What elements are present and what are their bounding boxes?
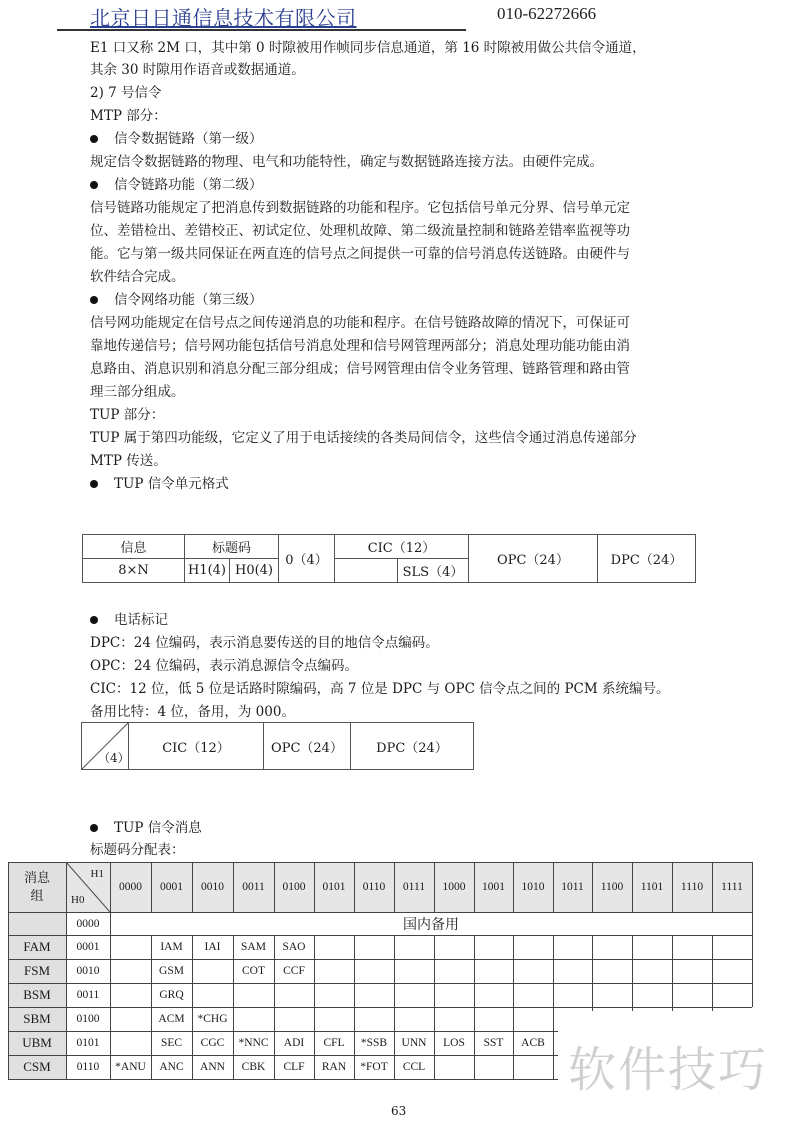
message-code-cell: SST xyxy=(474,1031,513,1055)
group-header-cell: 消息组 xyxy=(8,862,66,912)
message-code-cell: *ANU xyxy=(110,1055,151,1079)
grid-line xyxy=(233,862,234,912)
grid-line xyxy=(553,862,554,912)
paragraph-line: 息路由、消息识别和消息分配三部分组成；信号网管理由信令业务管理、链路管理和路由管 xyxy=(90,359,630,379)
info-header: 信息 xyxy=(83,535,185,559)
grid-line xyxy=(192,935,193,1079)
paragraph-line: DPC：24 位编码，表示消息要传送的目的地信令点编码。 xyxy=(90,633,439,653)
phone-number: 010-62272666 xyxy=(497,4,596,24)
bullet-item: 信令网络功能（第三级） xyxy=(90,290,263,310)
bullet-item: TUP 信令单元格式 xyxy=(90,474,229,494)
h0-code-cell: 0011 xyxy=(66,983,110,1007)
grid-line xyxy=(632,862,633,912)
h0-code-cell: 0000 xyxy=(66,912,110,935)
grid-line xyxy=(8,959,752,960)
grid-line xyxy=(314,935,315,1079)
section-heading: 2) 7 号信令 xyxy=(90,83,162,103)
message-code-cell: LOS xyxy=(434,1031,474,1055)
grid-line xyxy=(8,935,752,936)
column-header: 1000 xyxy=(434,862,474,912)
paragraph-line: CIC：12 位，低 5 位是话路时隙编码，高 7 位是 DPC 与 OPC 信… xyxy=(90,679,670,699)
column-header: 0001 xyxy=(151,862,192,912)
grid-line xyxy=(553,935,554,1079)
column-header: 1010 xyxy=(513,862,553,912)
bullet-text: 信令网络功能（第三级） xyxy=(114,292,263,308)
grid-line xyxy=(394,935,395,1079)
signal-unit-format-table: 信息 标题码 0（4） CIC（12） OPC（24） DPC（24） 8×N … xyxy=(82,534,696,583)
bullet-item: 电话标记 xyxy=(90,610,168,630)
grid-line xyxy=(513,935,514,1079)
group-cell xyxy=(8,912,66,935)
grid-line xyxy=(8,1007,752,1008)
grid-line xyxy=(151,862,152,912)
group-cell: FSM xyxy=(8,959,66,983)
paragraph-line: 信号链路功能规定了把消息传到数据链路的功能和程序。它包括信号单元分界、信号单元定 xyxy=(90,198,630,218)
h0-field: H0(4) xyxy=(230,559,279,583)
h0-code-cell: 0001 xyxy=(66,935,110,959)
h0-label: H0 xyxy=(71,894,84,906)
paragraph-line: MTP 传送。 xyxy=(90,451,167,471)
grid-line xyxy=(314,862,315,912)
message-code-cell: *SSB xyxy=(354,1031,394,1055)
column-header: 1110 xyxy=(672,862,712,912)
grid-line xyxy=(752,862,753,912)
grid-line xyxy=(8,1031,558,1032)
bullet-item: TUP 信令消息 xyxy=(90,818,202,838)
paragraph-line: 备用比特：4 位，备用，为 000。 xyxy=(90,702,295,722)
message-code-cell: CCL xyxy=(394,1055,434,1079)
grid-line xyxy=(752,912,753,1007)
bullet-icon xyxy=(90,296,98,304)
grid-line xyxy=(474,862,475,912)
group-cell: UBM xyxy=(8,1031,66,1055)
paragraph-line: 其余 30 时隙用作语音或数据通道。 xyxy=(90,60,305,80)
message-code-cell: *CHG xyxy=(192,1007,233,1031)
message-code-cell: COT xyxy=(233,959,274,983)
grid-line xyxy=(354,935,355,1079)
bullet-item: 信令链路功能（第二级） xyxy=(90,175,263,195)
bullet-text: 信令链路功能（第二级） xyxy=(114,177,263,193)
grid-line xyxy=(434,935,435,1079)
column-header: 1011 xyxy=(553,862,592,912)
group-cell: FAM xyxy=(8,935,66,959)
h1-label: H1 xyxy=(91,868,104,880)
grid-line xyxy=(110,862,111,1079)
message-code-cell: GSM xyxy=(151,959,192,983)
grid-line xyxy=(712,935,713,1011)
opc-field: OPC（24） xyxy=(469,535,598,583)
grid-line xyxy=(8,862,752,863)
group-cell: CSM xyxy=(8,1055,66,1079)
group-cell: SBM xyxy=(8,1007,66,1031)
spare-field: 0（4） xyxy=(279,535,335,583)
message-code-cell: CBK xyxy=(233,1055,274,1079)
grid-line xyxy=(274,862,275,912)
column-header: 1001 xyxy=(474,862,513,912)
bullet-text: TUP 信令单元格式 xyxy=(114,476,229,492)
grid-line xyxy=(354,862,355,912)
page-number: 63 xyxy=(391,1104,406,1118)
message-code-cell: ADI xyxy=(274,1031,314,1055)
column-header: 1111 xyxy=(712,862,752,912)
paragraph-line: 软件结合完成。 xyxy=(90,267,185,287)
grid-line xyxy=(274,935,275,1079)
grid-line xyxy=(151,935,152,1079)
bullet-icon xyxy=(90,480,98,488)
column-header: 1101 xyxy=(632,862,672,912)
grid-line xyxy=(8,1079,558,1080)
message-code-cell: CLF xyxy=(274,1055,314,1079)
h1-h0-corner-cell: H1H0 xyxy=(66,862,110,912)
opc-cell: OPC（24） xyxy=(263,723,350,769)
paragraph-line: 位、差错检出、差错校正、初试定位、处理机故障、第二级流量控制和链路差错率监视等功 xyxy=(90,221,630,241)
message-code-cell: *FOT xyxy=(354,1055,394,1079)
grid-line xyxy=(8,912,752,913)
message-code-cell: SAO xyxy=(274,935,314,959)
bullet-icon xyxy=(90,181,98,189)
grid-line xyxy=(8,983,752,984)
h0-code-cell: 0101 xyxy=(66,1031,110,1055)
group-cell: BSM xyxy=(8,983,66,1007)
column-header: 0010 xyxy=(192,862,233,912)
bullet-icon xyxy=(90,824,98,832)
message-code-cell: UNN xyxy=(394,1031,434,1055)
grid-line xyxy=(474,935,475,1079)
group-header-label: 组 xyxy=(30,887,43,905)
column-header: 0111 xyxy=(394,862,434,912)
message-code-cell: GRQ xyxy=(151,983,192,1007)
paragraph-line: 靠地传递信号；信号网功能包括信号消息处理和信号网管理两部分；消息处理功能功能由消 xyxy=(90,336,630,356)
spare-bits-label: （4） xyxy=(98,749,130,766)
grid-line xyxy=(8,1055,558,1056)
cic-cell: CIC（12） xyxy=(128,723,263,769)
column-header: 0011 xyxy=(233,862,274,912)
paragraph-line: OPC：24 位编码，表示消息源信令点编码。 xyxy=(90,656,358,676)
message-code-cell: CFL xyxy=(314,1031,354,1055)
company-name: 北京日日通信息技术有限公司 xyxy=(90,2,357,31)
paragraph-line: 理三部分组成。 xyxy=(90,382,185,402)
grid-line xyxy=(513,862,514,912)
column-header: 0110 xyxy=(354,862,394,912)
grid-line xyxy=(394,862,395,912)
dpc-cell: DPC（24） xyxy=(350,723,473,769)
message-code-cell: ACB xyxy=(513,1031,553,1055)
bullet-text: TUP 信令消息 xyxy=(114,820,202,836)
sls-field: SLS（4） xyxy=(398,559,469,583)
grid-line xyxy=(8,862,9,1079)
watermark: 软件技巧 xyxy=(568,1031,768,1100)
reserved-span-cell: 国内备用 xyxy=(110,912,752,935)
heading-code-header: 标题码 xyxy=(185,535,279,559)
bullet-icon xyxy=(90,135,98,143)
info-length: 8×N xyxy=(83,559,185,583)
paragraph-line: 信号网功能规定在信号点之间传递消息的功能和程序。在信号链路故障的情况下，可保证可 xyxy=(90,313,630,333)
grid-line xyxy=(712,862,713,912)
cic-field: CIC（12） xyxy=(335,535,469,559)
message-code-cell: ACM xyxy=(151,1007,192,1031)
message-code-cell: CGC xyxy=(192,1031,233,1055)
table-caption: 标题码分配表： xyxy=(90,840,185,860)
h0-code-cell: 0110 xyxy=(66,1055,110,1079)
grid-line xyxy=(672,935,673,1011)
telephone-label-table: （4） CIC（12） OPC（24） DPC（24） xyxy=(81,722,474,770)
column-header: 0101 xyxy=(314,862,354,912)
h0-code-cell: 0100 xyxy=(66,1007,110,1031)
message-code-cell: SEC xyxy=(151,1031,192,1055)
paragraph-line: E1 口又称 2M 口，其中第 0 时隙被用作帧同步信息通道，第 16 时隙被用… xyxy=(90,38,646,58)
message-code-cell: IAI xyxy=(192,935,233,959)
grid-line xyxy=(233,935,234,1079)
message-code-cell: SAM xyxy=(233,935,274,959)
header-rule xyxy=(57,29,466,31)
dpc-field: DPC（24） xyxy=(598,535,696,583)
column-header: 0100 xyxy=(274,862,314,912)
cic-high-field xyxy=(335,559,398,583)
grid-line xyxy=(66,862,67,1079)
bullet-icon xyxy=(90,616,98,624)
column-header: 1100 xyxy=(592,862,632,912)
group-header-label: 消息 xyxy=(24,869,50,887)
h1-field: H1(4) xyxy=(185,559,230,583)
message-code-cell: ANN xyxy=(192,1055,233,1079)
subsection-label: MTP 部分： xyxy=(90,106,167,126)
grid-line xyxy=(592,935,593,1011)
message-code-cell: RAN xyxy=(314,1055,354,1079)
bullet-text: 电话标记 xyxy=(114,612,168,628)
bullet-item: 信令数据链路（第一级） xyxy=(90,129,263,149)
h0-code-cell: 0010 xyxy=(66,959,110,983)
message-code-cell: ANC xyxy=(151,1055,192,1079)
column-header: 0000 xyxy=(110,862,151,912)
message-code-cell: IAM xyxy=(151,935,192,959)
grid-line xyxy=(592,862,593,912)
grid-line xyxy=(434,862,435,912)
paragraph-line: 能。它与第一级共同保证在两直连的信号点之间提供一可靠的信号消息传送链路。由硬件与 xyxy=(90,244,630,264)
message-code-cell: *NNC xyxy=(233,1031,274,1055)
message-code-cell: CCF xyxy=(274,959,314,983)
grid-line xyxy=(192,862,193,912)
paragraph-line: TUP 属于第四功能级，它定义了用于电话接续的各类局间信令，这些信令通过消息传递… xyxy=(90,428,637,448)
subsection-label: TUP 部分： xyxy=(90,405,164,425)
grid-line xyxy=(632,935,633,1011)
paragraph-line: 规定信令数据链路的物理、电气和功能特性，确定与数据链路连接方法。由硬件完成。 xyxy=(90,152,603,172)
bullet-text: 信令数据链路（第一级） xyxy=(114,131,263,147)
grid-line xyxy=(672,862,673,912)
